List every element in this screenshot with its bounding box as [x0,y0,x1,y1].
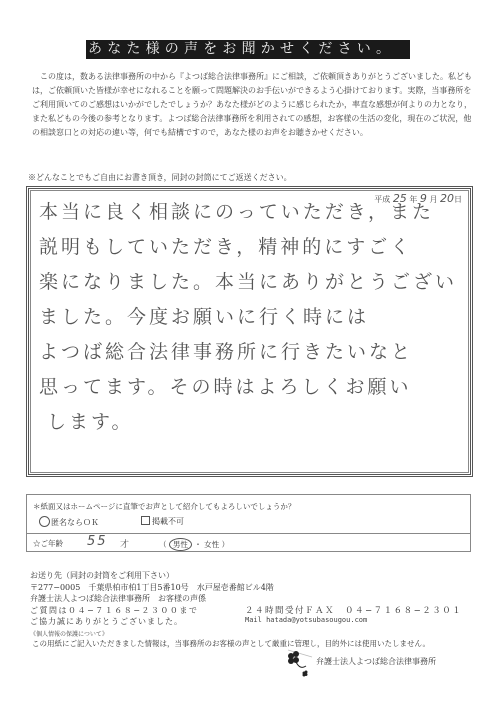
handwritten-line: します。 [47,407,133,434]
contact-address: 〒277−0005 千葉県柏市柏1丁目5番10号 水戸屋壱番館ビル4階 [30,582,274,594]
gender-male-option[interactable]: 男性 [169,538,192,551]
age-unit: 才 [120,537,129,550]
handwritten-line: 本当に良く相談にのっていただき，また [39,197,434,224]
consent-question: ＊紙面又はホームページに直筆でお声として紹介してもよろしいでしょうか？ [33,501,295,512]
fax-number: ２４時間受付ＦＡＸ ０４−７１６８−２３０１ [245,604,462,616]
date-day-unit: 日 [454,195,462,204]
intro-paragraph: この度は，数ある法律事務所の中から『よつば総合法律事務所』にご相談，ご依頼頂きあ… [32,70,472,140]
contact-recipient: 弁護士法人よつば総合法律事務所 お客様の声係 [30,593,274,605]
gender-female-option[interactable]: 女性 [204,540,219,549]
paren-close: ） [222,540,230,549]
handwritten-response-box: 平成 25 年 9 月 20日 本当に良く相談にのっていただき，また 説明もして… [26,186,473,477]
contact-thanks: ご協力誠にありがとうございました。 [30,616,274,628]
clover-icon [284,648,314,678]
age-value[interactable]: 55 [87,534,108,549]
checked-circle-icon [39,516,50,527]
firm-name: 弁護士法人よつば総合法律事務所 [316,656,436,667]
age-label: ☆ご年齢 [33,538,63,549]
date-day: 20 [440,192,454,205]
handwritten-line: 楽になりました。本当にありがとうござい [39,267,457,294]
handwritten-line: 思ってます。その時はよろしくお願い [39,372,411,399]
paren-open: （ [159,540,167,549]
contact-phone: ご質問は０４−７１６８−２３００まで [30,605,274,617]
option-anonymous-label: 匿名ならＯＫ [51,518,99,527]
instruction-text: ※どんなことでもご自由にお書き頂き，同封の封筒にてご返送ください。 [28,172,292,183]
option-no-publish[interactable]: 掲載不可 [141,516,184,527]
gender-separator: ・ [194,540,202,549]
gender-selector: （ 男性 ・ 女性 ） [159,538,229,551]
option-no-label: 掲載不可 [152,517,184,526]
handwritten-line: 説明もしていただき，精神的にすごく [39,232,412,259]
handwritten-line: よつば総合法律事務所に行きたいなと [39,337,413,364]
page-title: あなた様の声をお聞かせください。 [86,40,410,59]
checkbox-icon [141,516,150,525]
contact-info: お送り先（同封の封筒をご利用下さい） 〒277−0005 千葉県柏市柏1丁目5番… [30,570,274,628]
demographics-row: ☆ご年齢 55 才 （ 男性 ・ 女性 ） [27,533,470,552]
privacy-heading: 《個人情報の保護について》 [30,629,108,638]
consent-row: ＊紙面又はホームページに直筆でお声として紹介してもよろしいでしょうか？ 匿名なら… [27,495,470,534]
mail-address[interactable]: Mail hatada@yotsubasougou.com [245,616,367,624]
contact-line: お送り先（同封の封筒をご利用下さい） [30,570,274,582]
consent-form-box: ＊紙面又はホームページに直筆でお声として紹介してもよろしいでしょうか？ 匿名なら… [26,494,471,552]
handwritten-line: ました。今度お願いに行く時には [39,302,369,329]
option-anonymous-ok[interactable]: 匿名ならＯＫ [39,516,99,528]
privacy-text: この用紙にご記入いただきました情報は，当事務所のお客様の声として厳重に管理し，目… [32,638,430,649]
